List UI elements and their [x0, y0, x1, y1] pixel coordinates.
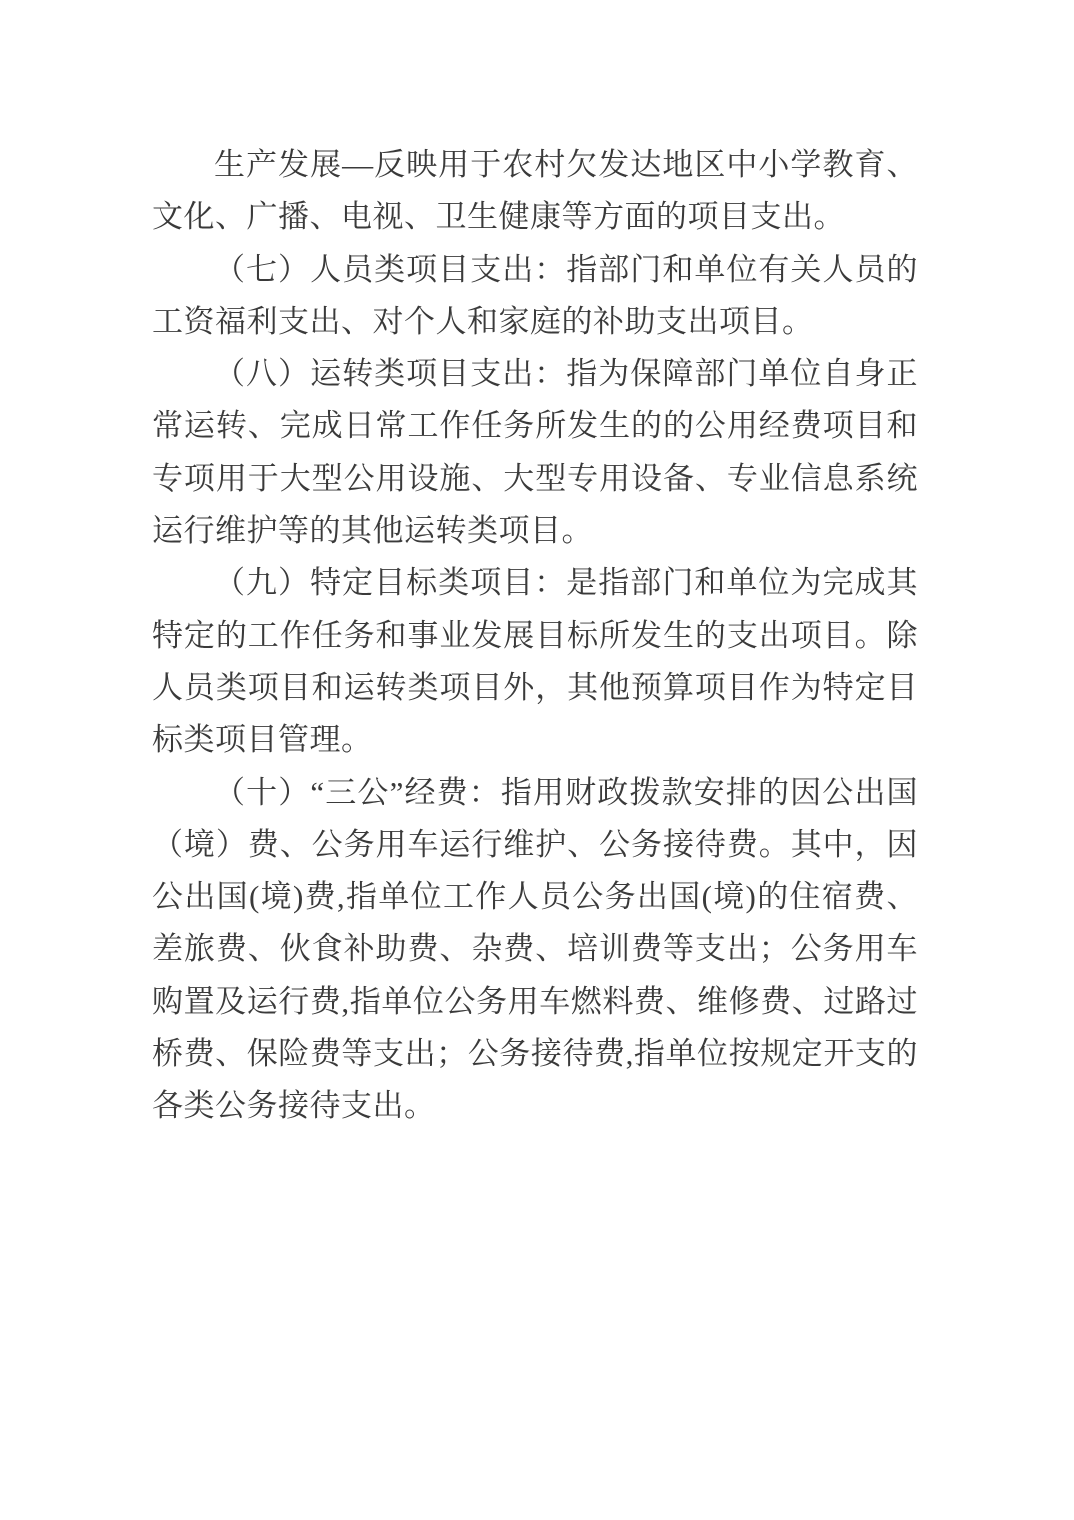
- document-body: 生产发展—反映用于农村欠发达地区中小学教育、文化、广播、电视、卫生健康等方面的项…: [152, 139, 918, 1133]
- document-page: 生产发展—反映用于农村欠发达地区中小学教育、文化、广播、电视、卫生健康等方面的项…: [0, 0, 1074, 1520]
- paragraph-item-8-operational-projects: （八）运转类项目支出：指为保障部门单位自身正常运转、完成日常工作任务所发生的的公…: [152, 348, 918, 557]
- paragraph-item-7-personnel-projects: （七）人员类项目支出：指部门和单位有关人员的工资福利支出、对个人和家庭的补助支出…: [152, 244, 918, 349]
- paragraph-production-development: 生产发展—反映用于农村欠发达地区中小学教育、文化、广播、电视、卫生健康等方面的项…: [152, 139, 918, 244]
- paragraph-item-9-specific-goal-projects: （九）特定目标类项目：是指部门和单位为完成其特定的工作任务和事业发展目标所发生的…: [152, 557, 918, 766]
- paragraph-item-10-three-public-expenses: （十）“三公”经费：指用财政拨款安排的因公出国（境）费、公务用车运行维护、公务接…: [152, 767, 918, 1133]
